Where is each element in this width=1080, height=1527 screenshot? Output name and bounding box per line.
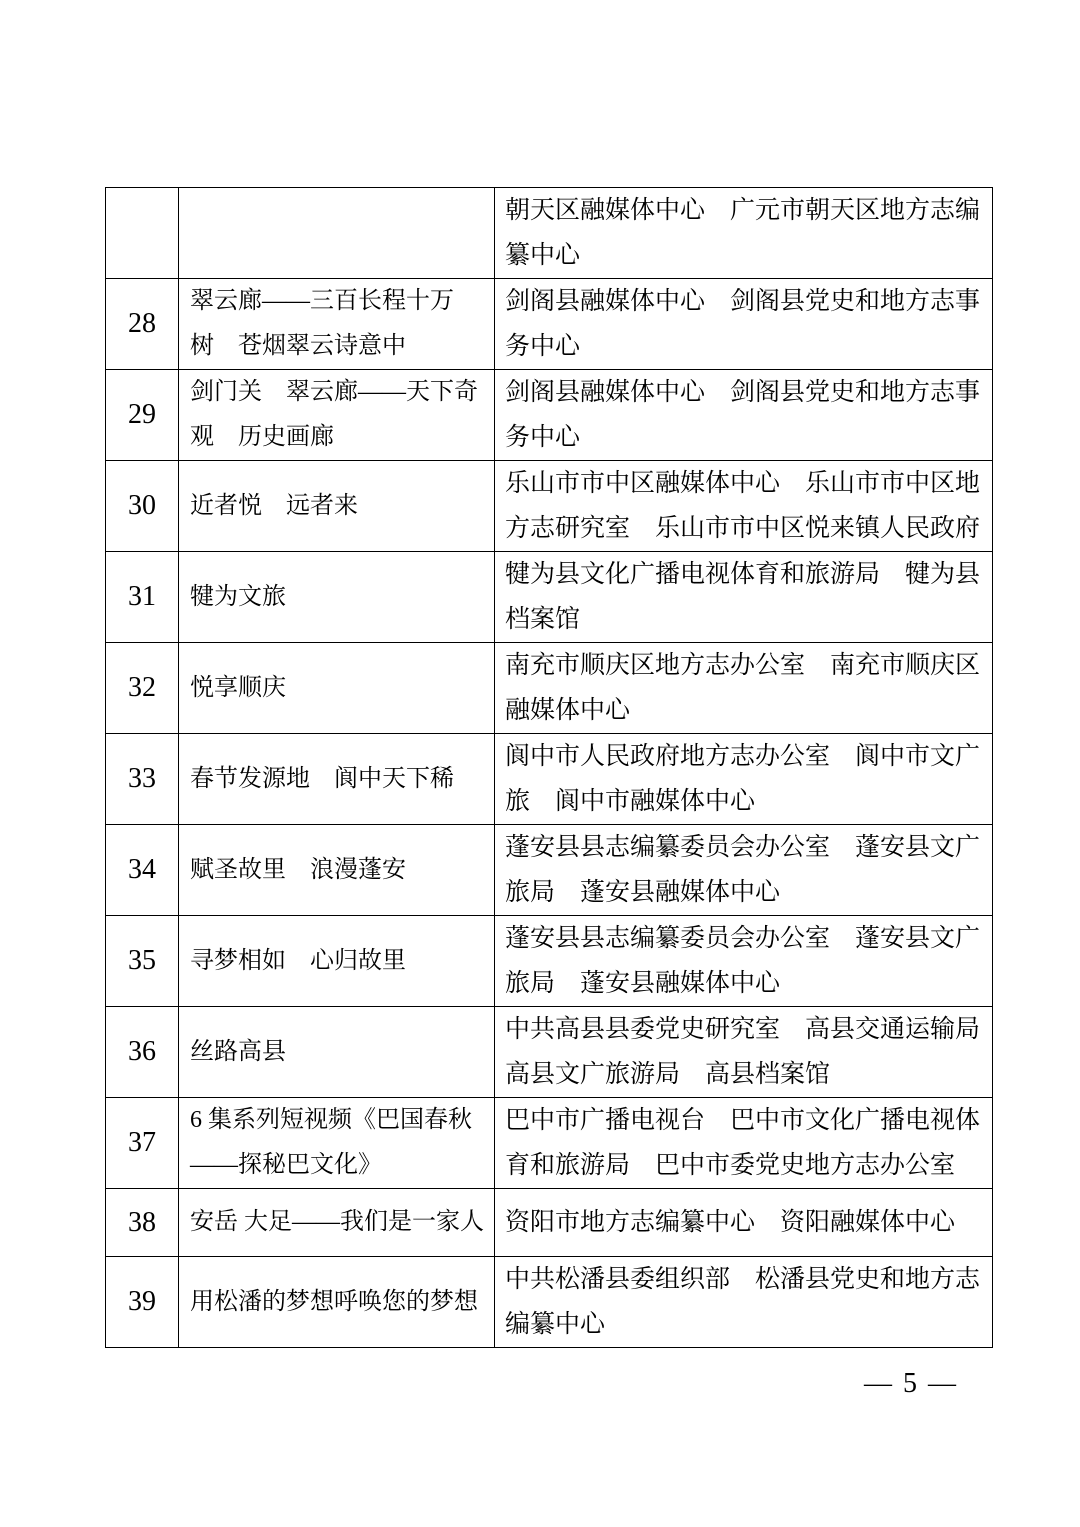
table-row: 39用松潘的梦想呼唤您的梦想中共松潘县委组织部 松潘县党史和地方志 编纂中心: [106, 1257, 993, 1348]
orgs-cell: 乐山市市中区融媒体中心 乐山市市中区地 方志研究室 乐山市市中区悦来镇人民政府: [495, 461, 993, 552]
title-cell: [179, 188, 495, 279]
table-row: 34赋圣故里 浪漫蓬安蓬安县县志编纂委员会办公室 蓬安县文广 旅局 蓬安县融媒体…: [106, 825, 993, 916]
title-cell: 春节发源地 阆中天下稀: [179, 734, 495, 825]
title-cell: 6 集系列短视频《巴国春秋 ——探秘巴文化》: [179, 1098, 495, 1189]
orgs-cell: 中共松潘县委组织部 松潘县党史和地方志 编纂中心: [495, 1257, 993, 1348]
table-body: 朝天区融媒体中心 广元市朝天区地方志编 纂中心28翠云廊——三百长程十万 树 苍…: [106, 188, 993, 1348]
title-cell: 丝路高县: [179, 1007, 495, 1098]
orgs-cell: 朝天区融媒体中心 广元市朝天区地方志编 纂中心: [495, 188, 993, 279]
title-cell: 用松潘的梦想呼唤您的梦想: [179, 1257, 495, 1348]
table-row: 38安岳 大足——我们是一家人资阳市地方志编纂中心 资阳融媒体中心: [106, 1189, 993, 1257]
title-cell: 剑门关 翠云廊——天下奇 观 历史画廊: [179, 370, 495, 461]
title-cell: 翠云廊——三百长程十万 树 苍烟翠云诗意中: [179, 279, 495, 370]
row-number-cell: 33: [106, 734, 179, 825]
orgs-cell: 南充市顺庆区地方志办公室 南充市顺庆区 融媒体中心: [495, 643, 993, 734]
orgs-cell: 蓬安县县志编纂委员会办公室 蓬安县文广 旅局 蓬安县融媒体中心: [495, 916, 993, 1007]
orgs-cell: 阆中市人民政府地方志办公室 阆中市文广 旅 阆中市融媒体中心: [495, 734, 993, 825]
table-row: 35寻梦相如 心归故里蓬安县县志编纂委员会办公室 蓬安县文广 旅局 蓬安县融媒体…: [106, 916, 993, 1007]
title-cell: 赋圣故里 浪漫蓬安: [179, 825, 495, 916]
row-number-cell: 28: [106, 279, 179, 370]
orgs-cell: 犍为县文化广播电视体育和旅游局 犍为县 档案馆: [495, 552, 993, 643]
title-cell: 近者悦 远者来: [179, 461, 495, 552]
row-number-cell: 38: [106, 1189, 179, 1257]
row-number-cell: 30: [106, 461, 179, 552]
title-cell: 犍为文旅: [179, 552, 495, 643]
row-number-cell: 29: [106, 370, 179, 461]
awards-table: 朝天区融媒体中心 广元市朝天区地方志编 纂中心28翠云廊——三百长程十万 树 苍…: [105, 187, 993, 1348]
document-page: 朝天区融媒体中心 广元市朝天区地方志编 纂中心28翠云廊——三百长程十万 树 苍…: [0, 0, 1080, 1527]
orgs-cell: 蓬安县县志编纂委员会办公室 蓬安县文广 旅局 蓬安县融媒体中心: [495, 825, 993, 916]
title-cell: 悦享顺庆: [179, 643, 495, 734]
table-row: 31犍为文旅犍为县文化广播电视体育和旅游局 犍为县 档案馆: [106, 552, 993, 643]
page-number: — 5 —: [864, 1368, 958, 1400]
table-row: 376 集系列短视频《巴国春秋 ——探秘巴文化》巴中市广播电视台 巴中市文化广播…: [106, 1098, 993, 1189]
table-row: 29剑门关 翠云廊——天下奇 观 历史画廊剑阁县融媒体中心 剑阁县党史和地方志事…: [106, 370, 993, 461]
orgs-cell: 剑阁县融媒体中心 剑阁县党史和地方志事 务中心: [495, 279, 993, 370]
row-number-cell: 39: [106, 1257, 179, 1348]
table-row: 36丝路高县中共高县县委党史研究室 高县交通运输局 高县文广旅游局 高县档案馆: [106, 1007, 993, 1098]
row-number-cell: 32: [106, 643, 179, 734]
table-row: 33春节发源地 阆中天下稀阆中市人民政府地方志办公室 阆中市文广 旅 阆中市融媒…: [106, 734, 993, 825]
row-number-cell: 37: [106, 1098, 179, 1189]
title-cell: 寻梦相如 心归故里: [179, 916, 495, 1007]
table-row: 30近者悦 远者来乐山市市中区融媒体中心 乐山市市中区地 方志研究室 乐山市市中…: [106, 461, 993, 552]
title-cell: 安岳 大足——我们是一家人: [179, 1189, 495, 1257]
table-row: 朝天区融媒体中心 广元市朝天区地方志编 纂中心: [106, 188, 993, 279]
table-row: 32悦享顺庆南充市顺庆区地方志办公室 南充市顺庆区 融媒体中心: [106, 643, 993, 734]
orgs-cell: 资阳市地方志编纂中心 资阳融媒体中心: [495, 1189, 993, 1257]
orgs-cell: 剑阁县融媒体中心 剑阁县党史和地方志事 务中心: [495, 370, 993, 461]
row-number-cell: 34: [106, 825, 179, 916]
row-number-cell: [106, 188, 179, 279]
row-number-cell: 35: [106, 916, 179, 1007]
orgs-cell: 中共高县县委党史研究室 高县交通运输局 高县文广旅游局 高县档案馆: [495, 1007, 993, 1098]
table-row: 28翠云廊——三百长程十万 树 苍烟翠云诗意中剑阁县融媒体中心 剑阁县党史和地方…: [106, 279, 993, 370]
row-number-cell: 31: [106, 552, 179, 643]
row-number-cell: 36: [106, 1007, 179, 1098]
orgs-cell: 巴中市广播电视台 巴中市文化广播电视体 育和旅游局 巴中市委党史地方志办公室: [495, 1098, 993, 1189]
